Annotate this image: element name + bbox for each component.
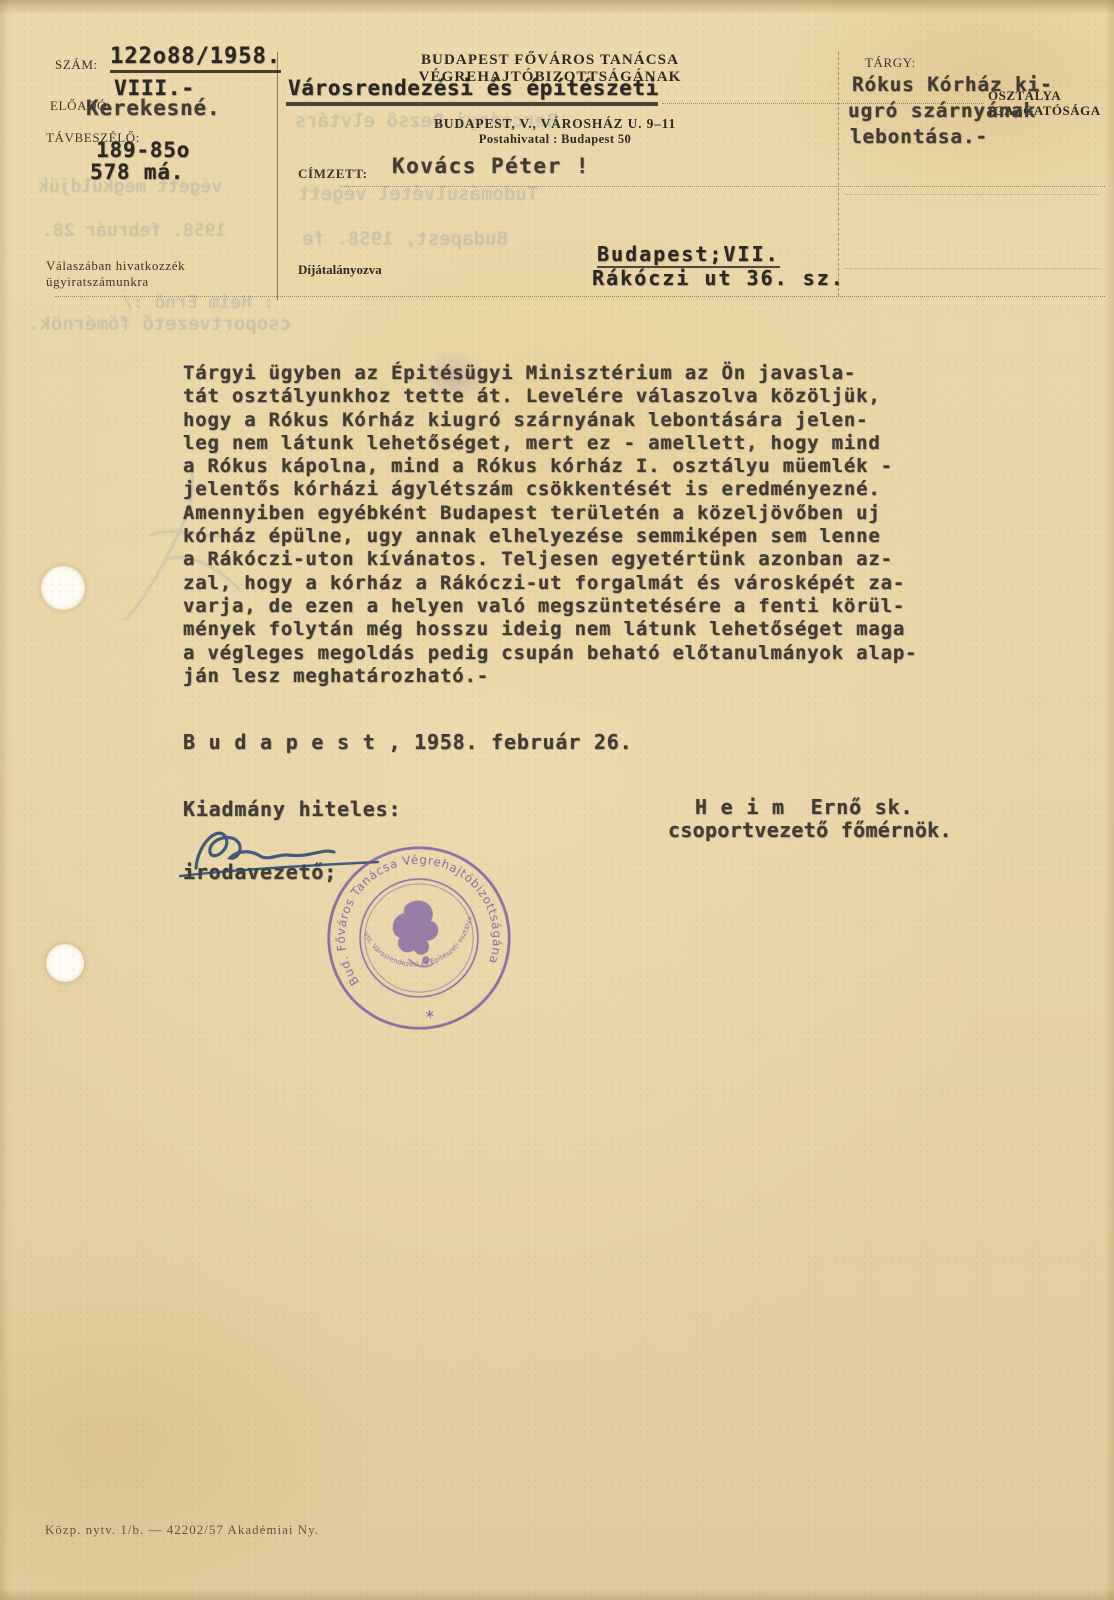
targy-line-1: Rókus Kórház ki- [852, 73, 1053, 96]
phone-line-1: 189-85o [96, 138, 190, 162]
scanned-letter-page: végett megküldjük 1958. február 28. Berc… [0, 0, 1114, 1600]
bleed-through-text: Budapest, 1958. fe [302, 228, 508, 250]
phone-line-2: 578 má. [90, 160, 184, 184]
body-line: Tárgyi ügyben az Épitésügyi Minisztérium… [183, 362, 943, 385]
recipient-name: Kovács Péter ! [392, 154, 590, 178]
targy-line-3: lebontása.- [850, 125, 988, 148]
body-line: hogy a Rókus Kórház kiugró szárnyának le… [183, 409, 943, 432]
stamp-coat-of-arms [389, 898, 441, 958]
printer-imprint: Közp. nytv. 1/b. — 42202/57 Akadémiai Ny… [45, 1522, 319, 1538]
date-line: B u d a p e s t , 1958. február 26. [183, 730, 632, 754]
body-line: leg nem látunk lehetőséget, mert ez - am… [183, 432, 943, 455]
body-line: varja, de ezen a helyen való megszünteté… [183, 595, 943, 618]
stamp-star: * [425, 1007, 437, 1028]
punch-hole-bottom [46, 944, 84, 982]
body-line: kórház épülne, ugy annak elhelyezése sem… [183, 525, 943, 548]
cimzett-dotted-line [340, 186, 1105, 187]
signer-name: H e i m Ernő sk. [695, 795, 913, 819]
body-line: tát osztályunkhoz tette át. Levelére vál… [183, 385, 943, 408]
body-line: a végleges megoldás pedig csupán beható … [183, 642, 943, 665]
body-line: zal, hogy a kórház a Rákóczi-ut forgalmá… [183, 572, 943, 595]
reference-note-line-1: Válaszában hivatkozzék [46, 258, 185, 274]
bleed-through-text: csoportvezető főmérnök. [28, 313, 291, 335]
reference-note-line-2: ügyiratszámunkra [46, 274, 149, 290]
targy-dotted-line-2 [845, 268, 1100, 269]
letter-body: Tárgyi ügyben az Épitésügyi Minisztérium… [183, 362, 943, 688]
body-line: a Rákóczi-uton kívánatos. Teljesen egyet… [183, 548, 943, 571]
body-line: a Rókus kápolna, mind a Rókus kórház I. … [183, 455, 943, 478]
department-typed: Városrendezési és építészeti [288, 76, 659, 100]
header-bottom-rule [55, 296, 1105, 297]
header-divider-left [277, 52, 278, 300]
targy-line-2: ugró szárnyának [848, 99, 1036, 122]
recipient-street: Rákóczi ut 36. sz. [592, 266, 845, 290]
recipient-city: Budapest;VII. [597, 242, 780, 268]
eloado-value: Kerekesné. [86, 96, 220, 120]
szam-label: SZÁM: [55, 57, 98, 73]
dijatalanyozva-label: Díjátalányozva [298, 262, 382, 278]
body-line: ján lesz meghatározható.- [183, 665, 943, 688]
office-address-line-2: Postahivatal : Budapest 50 [340, 132, 770, 147]
targy-dotted-line-1 [845, 194, 1100, 195]
punch-hole-top [41, 566, 85, 610]
office-address-line-1: BUDAPEST, V., VÁROSHÁZ U. 9–11 [340, 116, 770, 132]
body-line: mények folytán még hosszu ideig nem látu… [183, 618, 943, 641]
department-underline [286, 102, 658, 106]
targy-label: TÁRGY: [865, 55, 916, 71]
szam-value: 122o88/1958. [110, 44, 281, 73]
official-stamp: Bud. Főváros Tanácsa Végrehajtóbizottság… [312, 831, 527, 1046]
bleed-through-text: 1958. február 28. [42, 220, 226, 241]
body-line: Amennyiben egyébként Budapest területén … [183, 502, 943, 525]
body-line: jelentős kórházi ágylétszám csökkentését… [183, 478, 943, 501]
header-divider-right [838, 52, 839, 296]
cimzett-label: CÍMZETT: [298, 166, 368, 182]
signer-title: csoportvezető főmérnök. [668, 818, 952, 842]
